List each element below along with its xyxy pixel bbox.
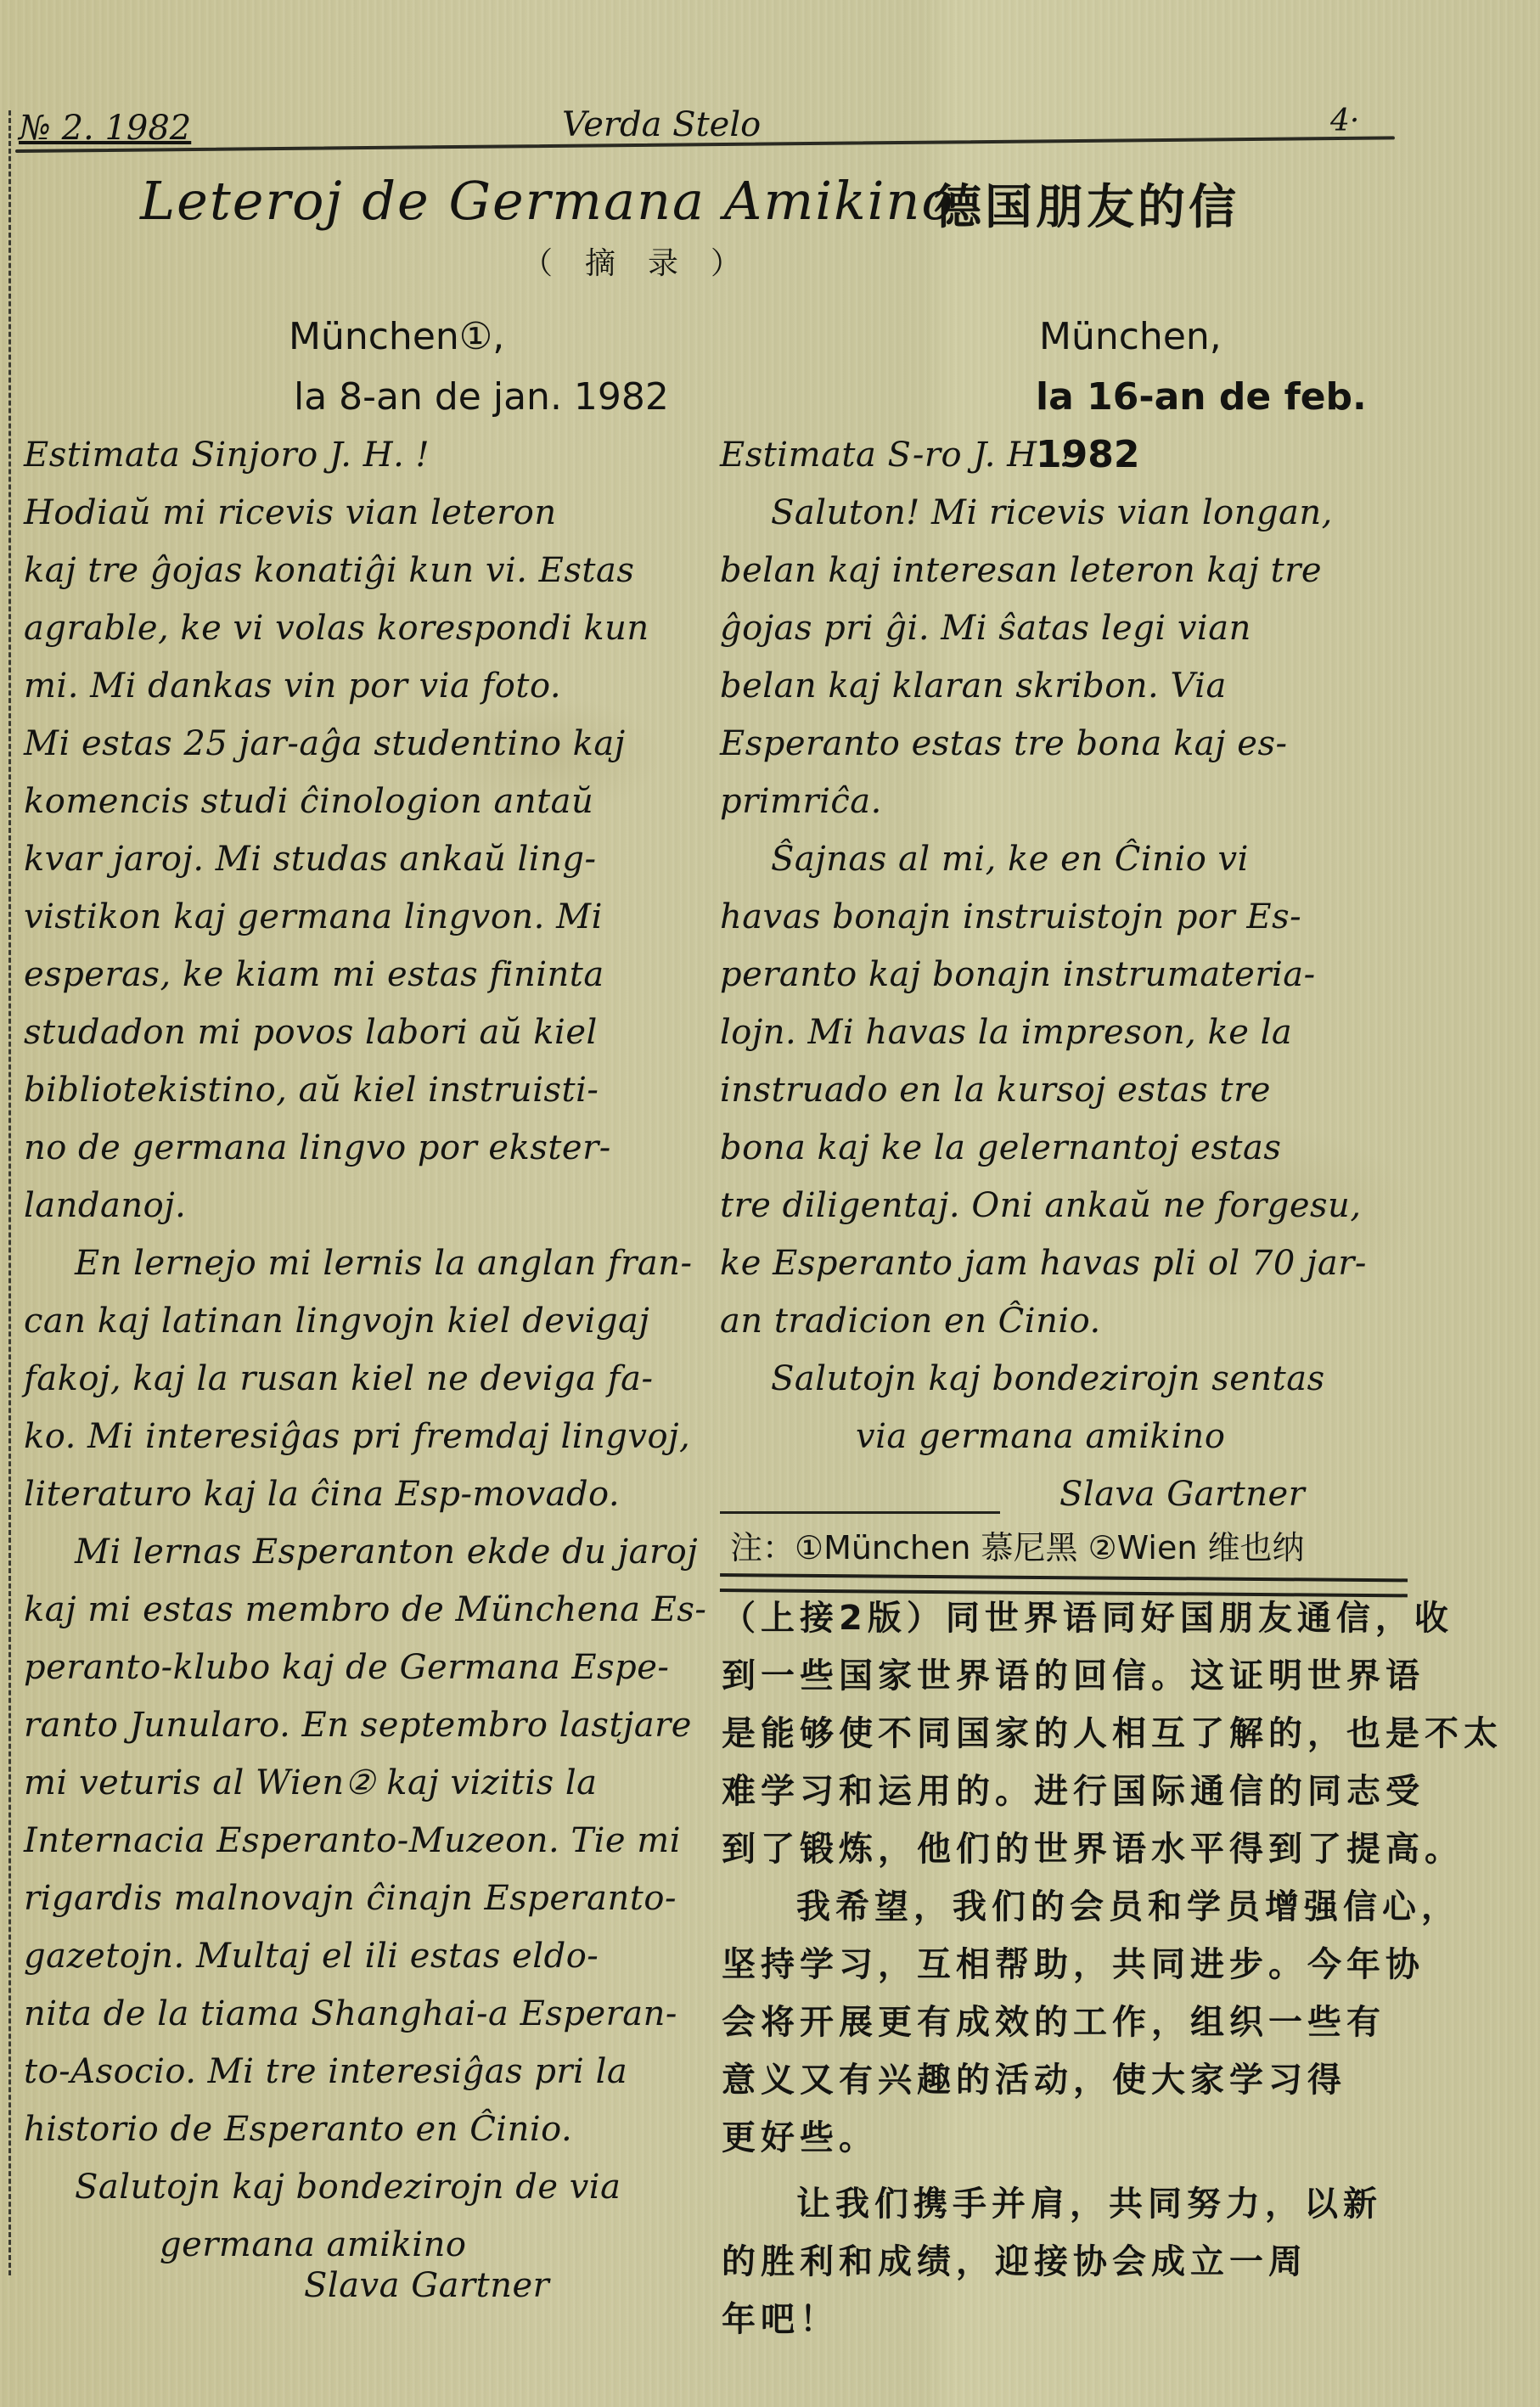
letter-2-line: tre diligentaj. Oni ankaŭ ne forgesu,: [720, 1177, 1399, 1234]
chinese-text-line: 意义又有兴趣的活动，使大家学习得: [722, 2051, 1401, 2109]
letter-1-line: esperas, ke kiam mi estas fininta: [24, 946, 694, 1004]
letter-1-line: mi veturis al Wien② kaj vizitis la: [24, 1754, 694, 1812]
letter-2-closing-2: via germana amikino: [720, 1408, 1399, 1465]
letter-1-signature: Slava Gartner: [24, 2257, 694, 2314]
letter-2-line: Saluton! Mi ricevis vian longan,: [720, 484, 1399, 542]
letter-2-line: belan kaj klaran skribon. Via: [720, 657, 1399, 715]
article-title-chinese: 德国朋友的信: [934, 170, 1239, 238]
letter-1-line: ranto Junularo. En septembro lastjare: [24, 1696, 694, 1754]
chinese-text-line: 到了锻炼，他们的世界语水平得到了提高。: [722, 1820, 1401, 1878]
letter-2-closing: Salutojn kaj bondezirojn sentas: [720, 1350, 1399, 1408]
letter-1-line: Internacia Esperanto-Muzeon. Tie mi: [24, 1812, 694, 1870]
letter-2: München, la 16-an de feb. 1982 Estimata …: [720, 306, 1399, 1523]
letter-1-line: ko. Mi interesiĝas pri fremdaj lingvoj,: [24, 1408, 694, 1465]
letter-1-line: studadon mi povos labori aŭ kiel: [24, 1004, 694, 1061]
letter-2-line: lojn. Mi havas la impreson, ke la: [720, 1004, 1399, 1061]
letter-2-line: ke Esperanto jam havas pli ol 70 jar-: [720, 1234, 1399, 1292]
scanned-newsletter-page: № 2. 1982 Verda Stelo 4· Leteroj de Germ…: [0, 0, 1540, 2407]
letter-2-line: peranto kaj bonajn instrumateria-: [720, 946, 1399, 1004]
letter-1-place: München①,: [289, 306, 694, 368]
letter-1-line: Hodiaŭ mi ricevis vian leteron: [24, 484, 694, 542]
chinese-text-line: （上接2版）同世界语同好国朋友通信，收: [722, 1589, 1401, 1647]
page-number: 4·: [1330, 104, 1359, 138]
chinese-text-line: 坚持学习，互相帮助，共同进步。今年协: [722, 1936, 1401, 1994]
letter-1-line: En lernejo mi lernis la anglan fran-: [24, 1234, 694, 1292]
chinese-text-line: 会将开展更有成效的工作，组织一些有: [722, 1994, 1401, 2051]
letter-1-line: rigardis malnovajn ĉinajn Esperanto-: [24, 1870, 694, 1927]
letter-1-line: no de germana lingvo por ekster-: [24, 1119, 694, 1177]
letter-1-salutation: Estimata Sinjoro J. H. !: [24, 426, 694, 484]
letter-1-line: can kaj latinan lingvojn kiel devigaj: [24, 1292, 694, 1350]
letter-2-line: Esperanto estas tre bona kaj es-: [720, 715, 1399, 773]
footnote: 注：①München 慕尼黑 ②Wien 维也纳: [730, 1521, 1305, 1568]
chinese-text-line: 我希望，我们的会员和学员增强信心，: [722, 1878, 1401, 1936]
letter-2-signature: Slava Gartner: [720, 1465, 1399, 1523]
article-title: Leteroj de Germana Amikino: [140, 170, 955, 232]
chinese-text-line: 年吧！: [722, 2291, 1401, 2348]
letter-2-line: belan kaj interesan leteron kaj tre: [720, 542, 1399, 599]
letter-1: München①, la 8-an de jan. 1982 Estimata …: [24, 306, 694, 2314]
letter-1-line: agrable, ke vi volas korespondi kun: [24, 599, 694, 657]
letter-1-line: bibliotekistino, aŭ kiel instruisti-: [24, 1061, 694, 1119]
letter-2-line: Ŝajnas al mi, ke en Ĉinio vi: [720, 830, 1399, 888]
article-subtitle: （摘录）: [522, 239, 773, 283]
letter-1-line: Mi lernas Esperanton ekde du jaroj: [24, 1523, 694, 1581]
letter-1-closing: Salutojn kaj bondezirojn de via: [24, 2158, 694, 2216]
letter-1-line: vistikon kaj germana lingvon. Mi: [24, 888, 694, 946]
chinese-text-line: 难学习和运用的。进行国际通信的同志受: [722, 1763, 1401, 1820]
journal-title: Verda Stelo: [562, 105, 761, 144]
letter-1-line: nita de la tiama Shanghai-a Esperan-: [24, 1985, 694, 2043]
chinese-text-line: 让我们携手并肩，共同努力，以新: [722, 2175, 1401, 2233]
letter-1-line: literaturo kaj la ĉina Esp-movado.: [24, 1465, 694, 1523]
chinese-text-line: 是能够使不同国家的人相互了解的，也是不太: [722, 1705, 1401, 1763]
letter-1-line: kvar jaroj. Mi studas ankaŭ ling-: [24, 830, 694, 888]
letter-2-line: havas bonajn instruistojn por Es-: [720, 888, 1399, 946]
letter-1-line: komencis studi ĉinologion antaŭ: [24, 773, 694, 830]
chinese-text-line: 更好些。: [722, 2109, 1401, 2167]
letter-1-line: mi. Mi dankas vin por via foto.: [24, 657, 694, 715]
letter-1-line: to-Asocio. Mi tre interesiĝas pri la: [24, 2043, 694, 2101]
letter-2-date: la 16-an de feb. 1982: [1036, 368, 1399, 426]
letter-1-line: kaj tre ĝojas konatiĝi kun vi. Estas: [24, 542, 694, 599]
letter-1-line: fakoj, kaj la rusan kiel ne deviga fa-: [24, 1350, 694, 1408]
letter-2-line: primriĉa.: [720, 773, 1399, 830]
letter-2-line: ĝojas pri ĝi. Mi ŝatas legi vian: [720, 599, 1399, 657]
letter-1-date: la 8-an de jan. 1982: [294, 368, 694, 426]
letter-1-line: landanoj.: [24, 1177, 694, 1234]
letter-1-line: Mi estas 25 jar-aĝa studentino kaj: [24, 715, 694, 773]
letter-1-line: historio de Esperanto en Ĉinio.: [24, 2101, 694, 2158]
letter-1-line: peranto-klubo kaj de Germana Espe-: [24, 1639, 694, 1696]
letter-2-line: instruado en la kursoj estas tre: [720, 1061, 1399, 1119]
left-margin-rule: [8, 110, 11, 2275]
letter-2-line: bona kaj ke la gelernantoj estas: [720, 1119, 1399, 1177]
letter-2-place: München,: [1039, 306, 1399, 368]
chinese-text-line: 到一些国家世界语的回信。这证明世界语: [722, 1647, 1401, 1705]
chinese-article-continuation: （上接2版）同世界语同好国朋友通信，收 到一些国家世界语的回信。这证明世界语 是…: [722, 1589, 1401, 2348]
footnote-rule: [720, 1511, 1000, 1514]
letter-2-line: an tradicion en Ĉinio.: [720, 1292, 1399, 1350]
chinese-text-line: 的胜利和成绩，迎接协会成立一周: [722, 2233, 1401, 2291]
letter-1-line: gazetojn. Multaj el ili estas eldo-: [24, 1927, 694, 1985]
issue-number: № 2. 1982: [19, 109, 191, 148]
letter-2-salutation: Estimata S-ro J. H. !: [720, 426, 1399, 484]
letter-1-line: kaj mi estas membro de Münchena Es-: [24, 1581, 694, 1639]
